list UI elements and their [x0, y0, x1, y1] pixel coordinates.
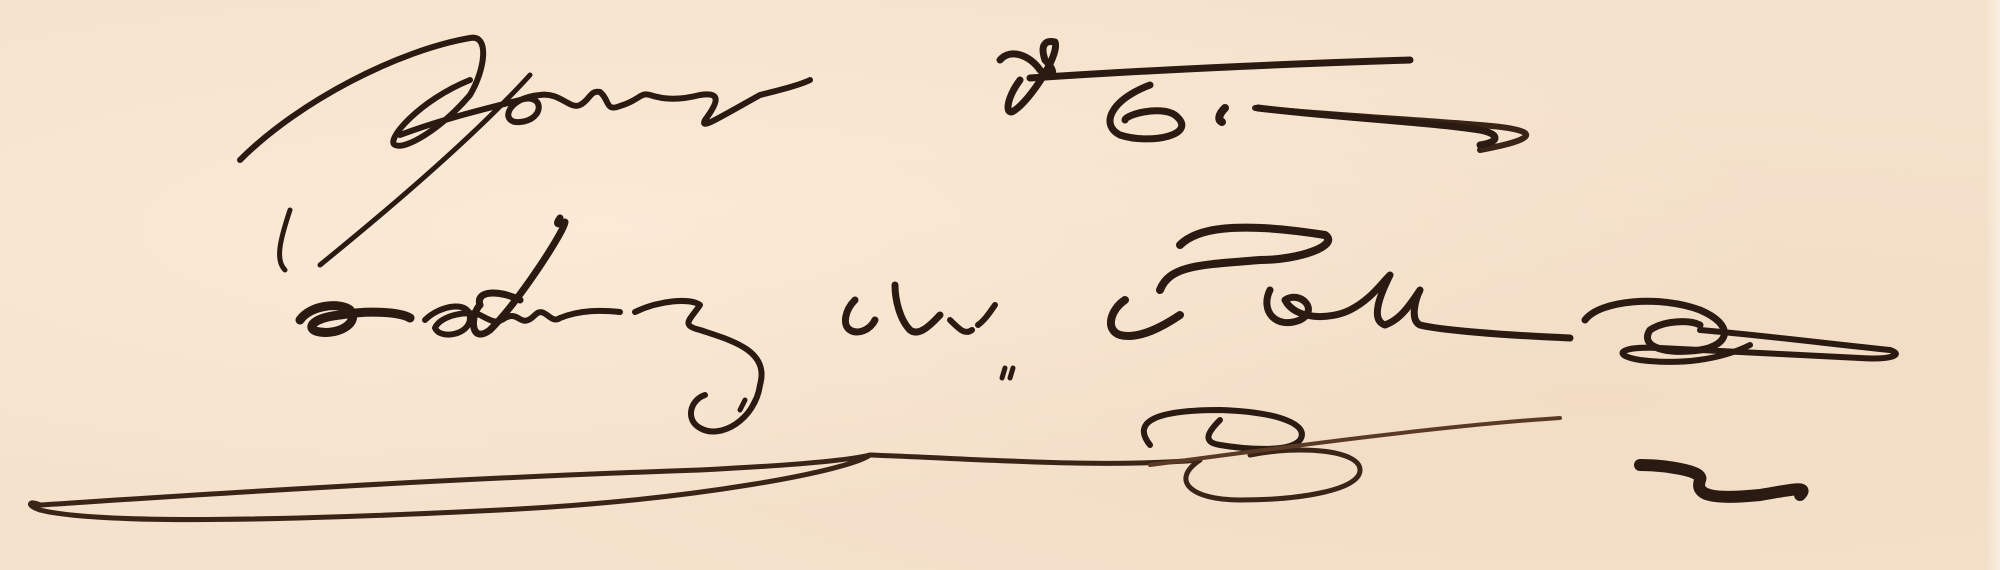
signature-handwriting	[31, 218, 1896, 519]
aged-paper-background: Yours &c. James K. Polk	[0, 0, 2000, 570]
handwriting-ink	[0, 0, 2000, 570]
closing-line-handwriting	[240, 38, 1526, 270]
